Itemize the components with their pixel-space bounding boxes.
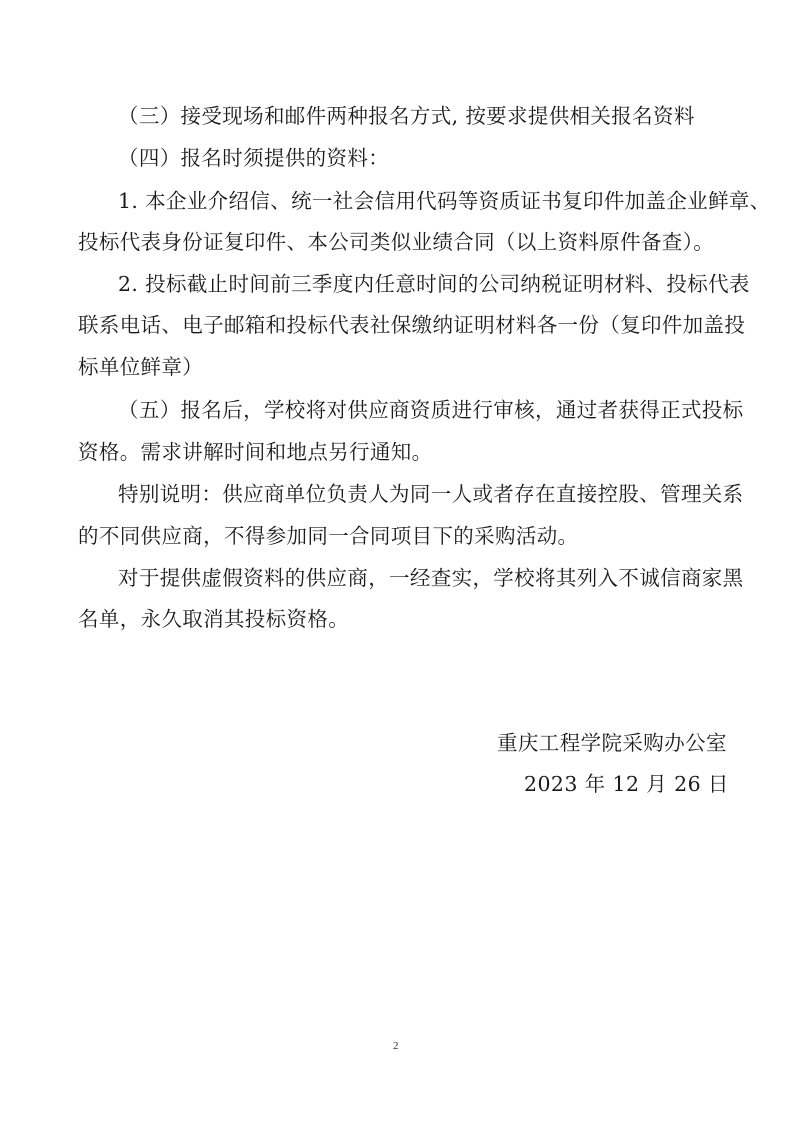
item-1-line-2: 投标代表身份证复印件、本公司类似业绩合同（以上资料原件备查）。 xyxy=(78,230,714,254)
item-2-line-2: 联系电话、电子邮箱和投标代表社保缴纳证明材料各一份（复印件加盖投 xyxy=(78,313,719,337)
paragraph-required-materials-heading: （四）报名时须提供的资料： xyxy=(118,146,389,170)
item-1-line-1: 1. 本企业介绍信、统一社会信用代码等资质证书复印件加盖企业鲜章、 xyxy=(118,189,719,213)
signature-office: 重庆工程学院采购办公室 xyxy=(497,731,727,755)
false-info-line-2: 名单，永久取消其投标资格。 xyxy=(78,607,349,631)
page-number: 2 xyxy=(393,1039,399,1053)
document-page: （三）接受现场和邮件两种报名方式, 按要求提供相关报名资料 （四）报名时须提供的… xyxy=(0,0,793,1122)
item-2-line-1: 2. 投标截止时间前三季度内任意时间的公司纳税证明材料、投标代表 xyxy=(118,272,719,296)
signature-date: 2023 年 12 月 26 日 xyxy=(524,772,729,796)
paragraph-registration-methods: （三）接受现场和邮件两种报名方式, 按要求提供相关报名资料 xyxy=(118,104,695,128)
item-2-line-3: 标单位鲜章） xyxy=(78,355,203,379)
special-note-line-1: 特别说明：供应商单位负责人为同一人或者存在直接控股、管理关系 xyxy=(118,482,719,506)
false-info-line-1: 对于提供虚假资料的供应商，一经查实，学校将其列入不诚信商家黑 xyxy=(118,566,719,590)
special-note-line-2: 的不同供应商，不得参加同一合同项目下的采购活动。 xyxy=(78,524,578,548)
paragraph-qualification-review-line-2: 资格。需求讲解时间和地点另行通知。 xyxy=(78,440,432,464)
paragraph-qualification-review-line-1: （五）报名后，学校将对供应商资质进行审核，通过者获得正式投标 xyxy=(118,398,719,422)
